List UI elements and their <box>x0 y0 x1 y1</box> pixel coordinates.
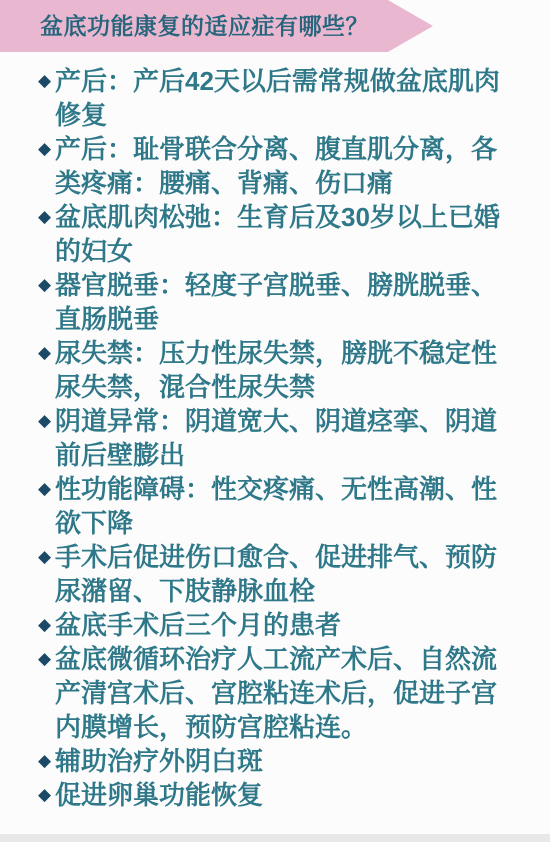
list-item-text: 阴道异常：阴道宽大、阴道痉挛、阴道前后壁膨出 <box>55 406 497 470</box>
list-item: ◆器官脱垂：轻度子宫脱垂、膀胱脱垂、直肠脱垂 <box>38 268 510 336</box>
list-item-text: 辅助治疗外阴白斑 <box>55 746 263 776</box>
list-item: ◆辅助治疗外阴白斑 <box>38 744 510 778</box>
list-item-text: 产后：产后42天以后需常规做盆底肌肉修复 <box>55 66 500 130</box>
list-item-text: 性功能障碍：性交疼痛、无性高潮、性欲下降 <box>55 474 497 538</box>
diamond-bullet-icon: ◆ <box>38 412 51 429</box>
diamond-bullet-icon: ◆ <box>38 786 51 803</box>
diamond-bullet-icon: ◆ <box>38 208 51 225</box>
page-title: 盆底功能康复的适应症有哪些？ <box>0 0 433 52</box>
list-item: ◆促进卵巢功能恢复 <box>38 778 510 812</box>
list-item-text: 盆底微循环治疗人工流产术后、自然流产清宫术后、宫腔粘连术后，促进子宫内膜增长，预… <box>55 644 497 742</box>
list-item-text: 盆底肌肉松弛：生育后及30岁以上已婚的妇女 <box>55 202 500 266</box>
diamond-bullet-icon: ◆ <box>38 276 51 293</box>
list-item: ◆产后：产后42天以后需常规做盆底肌肉修复 <box>38 64 510 132</box>
diamond-bullet-icon: ◆ <box>38 616 51 633</box>
list-item: ◆性功能障碍：性交疼痛、无性高潮、性欲下降 <box>38 472 510 540</box>
diamond-bullet-icon: ◆ <box>38 344 51 361</box>
list-item: ◆手术后促进伤口愈合、促进排气、预防尿潴留、下肢静脉血栓 <box>38 540 510 608</box>
list-item: ◆盆底手术后三个月的患者 <box>38 608 510 642</box>
diamond-bullet-icon: ◆ <box>38 480 51 497</box>
list-item-text: 促进卵巢功能恢复 <box>55 780 263 810</box>
list-item-text: 器官脱垂：轻度子宫脱垂、膀胱脱垂、直肠脱垂 <box>55 270 497 334</box>
slide: 盆底功能康复的适应症有哪些？ ◆产后：产后42天以后需常规做盆底肌肉修复◆产后：… <box>0 0 550 842</box>
list-item: ◆盆底微循环治疗人工流产术后、自然流产清宫术后、宫腔粘连术后，促进子宫内膜增长，… <box>38 642 510 744</box>
diamond-bullet-icon: ◆ <box>38 140 51 157</box>
bottom-strip <box>0 834 550 842</box>
title-banner: 盆底功能康复的适应症有哪些？ <box>0 0 433 52</box>
list-item-text: 手术后促进伤口愈合、促进排气、预防尿潴留、下肢静脉血栓 <box>55 542 497 606</box>
list-item: ◆产后：耻骨联合分离、腹直肌分离，各类疼痛：腰痛、背痛、伤口痛 <box>38 132 510 200</box>
diamond-bullet-icon: ◆ <box>38 548 51 565</box>
diamond-bullet-icon: ◆ <box>38 72 51 89</box>
list-item: ◆盆底肌肉松弛：生育后及30岁以上已婚的妇女 <box>38 200 510 268</box>
list-item-text: 尿失禁：压力性尿失禁，膀胱不稳定性尿失禁，混合性尿失禁 <box>55 338 497 402</box>
list-item-text: 产后：耻骨联合分离、腹直肌分离，各类疼痛：腰痛、背痛、伤口痛 <box>55 134 497 198</box>
indication-list: ◆产后：产后42天以后需常规做盆底肌肉修复◆产后：耻骨联合分离、腹直肌分离，各类… <box>38 64 510 812</box>
diamond-bullet-icon: ◆ <box>38 752 51 769</box>
diamond-bullet-icon: ◆ <box>38 650 51 667</box>
list-item-text: 盆底手术后三个月的患者 <box>55 610 341 640</box>
list-item: ◆尿失禁：压力性尿失禁，膀胱不稳定性尿失禁，混合性尿失禁 <box>38 336 510 404</box>
list-item: ◆阴道异常：阴道宽大、阴道痉挛、阴道前后壁膨出 <box>38 404 510 472</box>
